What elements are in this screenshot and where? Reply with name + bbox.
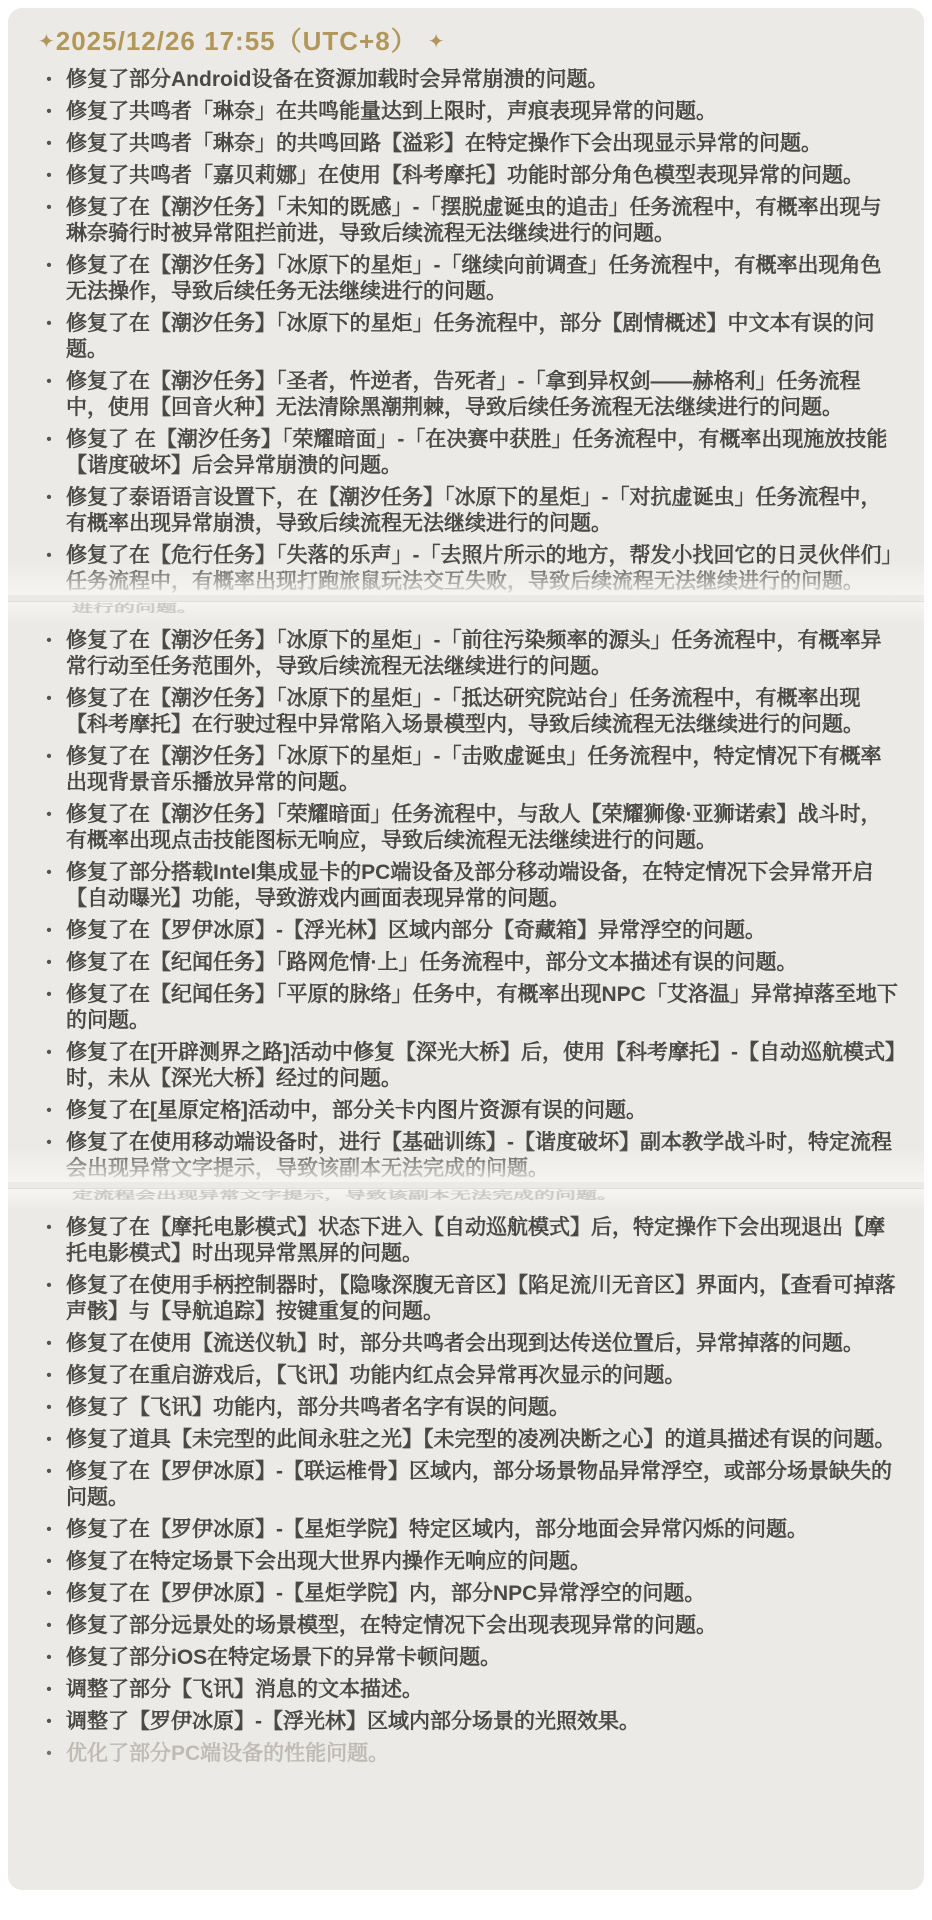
patch-note-text: 修复了在【摩托电影模式】状态下进入【自动巡航模式】后，特定操作下会出现退出【摩托… — [66, 1215, 902, 1267]
bullet-icon: • — [32, 1215, 66, 1241]
patch-note-text: 修复了在【罗伊冰原】-【星炬学院】内，部分NPC异常浮空的问题。 — [66, 1581, 902, 1607]
bullet-icon: • — [32, 1677, 66, 1703]
patch-note-item: •修复了在【摩托电影模式】状态下进入【自动巡航模式】后，特定操作下会出现退出【摩… — [32, 1215, 902, 1267]
patch-note-text: 修复了在使用移动端设备时，进行【基础训练】-【谐度破坏】副本教学战斗时，特定流程… — [66, 1130, 902, 1182]
patch-note-item: •修复了在【潮汐任务】「冰原下的星炬」任务流程中，部分【剧情概述】中文本有误的问… — [32, 311, 902, 363]
bullet-icon: • — [32, 485, 66, 511]
patch-date-header: ✦2025/12/26 17:55（UTC+8）✦ — [32, 18, 902, 67]
bullet-icon: • — [32, 1395, 66, 1421]
bullet-icon: • — [32, 1581, 66, 1607]
patch-note-text: 修复了共鸣者「琳奈」在共鸣能量达到上限时，声痕表现异常的问题。 — [66, 99, 902, 125]
bullet-icon: • — [32, 427, 66, 453]
bullet-icon: • — [32, 1130, 66, 1156]
bullet-icon: • — [32, 1741, 66, 1767]
patch-note-text: 修复了道具【未完型的此间永驻之光】【未完型的凌冽决断之心】的道具描述有误的问题。 — [66, 1427, 902, 1453]
patch-note-item: •调整了【罗伊冰原】-【浮光林】区域内部分场景的光照效果。 — [32, 1709, 902, 1735]
patch-note-item: •修复了 在【潮汐任务】「荣耀暗面」-「在决赛中获胜」任务流程中，有概率出现施放… — [32, 427, 902, 479]
sparkle-icon: ✦ — [38, 31, 56, 53]
patch-note-item: •修复了在使用【流送仪轨】时，部分共鸣者会出现到达传送位置后，异常掉落的问题。 — [32, 1331, 902, 1357]
patch-note-text: 修复了在使用手柄控制器时，【隐喙深腹无音区】【陷足流川无音区】界面内，【查看可掉… — [66, 1273, 902, 1325]
bullet-icon: • — [32, 99, 66, 125]
patch-note-item: •修复了在使用手柄控制器时，【隐喙深腹无音区】【陷足流川无音区】界面内，【查看可… — [32, 1273, 902, 1325]
patch-note-item: •修复了道具【未完型的此间永驻之光】【未完型的凌冽决断之心】的道具描述有误的问题… — [32, 1427, 902, 1453]
bullet-icon: • — [32, 543, 66, 569]
screenshot-stitch-seam: 定流程会出现异常文字提示，导致该副本无法完成的问题。 — [8, 1188, 924, 1211]
patch-note-text: 优化了部分PC端设备的性能问题。 — [66, 1741, 902, 1767]
patch-note-item: •修复了在【罗伊冰原】-【浮光林】区域内部分【奇藏箱】异常浮空的问题。 — [32, 918, 902, 944]
patch-note-item: •修复了在【潮汐任务】「冰原下的星炬」-「抵达研究院站台」任务流程中，有概率出现… — [32, 686, 902, 738]
bullet-icon: • — [32, 311, 66, 337]
patch-note-item: •修复了在【罗伊冰原】-【星炬学院】特定区域内，部分地面会异常闪烁的问题。 — [32, 1517, 902, 1543]
patch-note-text: 修复了在【潮汐任务】「冰原下的星炬」任务流程中，部分【剧情概述】中文本有误的问题… — [66, 311, 902, 363]
patch-note-item: •修复了在【潮汐任务】「圣者，忤逆者，告死者」-「拿到异权剑——赫格利」任务流程… — [32, 369, 902, 421]
patch-note-text: 修复了在【潮汐任务】「冰原下的星炬」-「前往污染频率的源头」任务流程中，有概率异… — [66, 628, 902, 680]
patch-note-item: •修复了在【潮汐任务】「未知的既感」-「摆脱虚诞虫的追击」任务流程中，有概率出现… — [32, 195, 902, 247]
patch-note-item: •修复了在特定场景下会出现大世界内操作无响应的问题。 — [32, 1549, 902, 1575]
patch-note-text: 修复了在特定场景下会出现大世界内操作无响应的问题。 — [66, 1549, 902, 1575]
bullet-icon: • — [32, 369, 66, 395]
patch-note-text: 修复了【飞讯】功能内，部分共鸣者名字有误的问题。 — [66, 1395, 902, 1421]
bullet-icon: • — [32, 918, 66, 944]
patch-notes-list: •修复了在【潮汐任务】「冰原下的星炬」-「前往污染频率的源头」任务流程中，有概率… — [32, 628, 902, 1182]
bullet-icon: • — [32, 253, 66, 279]
bullet-icon: • — [32, 628, 66, 654]
patch-note-text: 修复了在【纪闻任务】「路网危情·上」任务流程中，部分文本描述有误的问题。 — [66, 950, 902, 976]
patch-note-text: 修复了在【潮汐任务】「冰原下的星炬」-「抵达研究院站台」任务流程中，有概率出现【… — [66, 686, 902, 738]
patch-note-item: •修复了泰语语言设置下，在【潮汐任务】「冰原下的星炬」-「对抗虚诞虫」任务流程中… — [32, 485, 902, 537]
patch-notes-section-3: •修复了在【摩托电影模式】状态下进入【自动巡航模式】后，特定操作下会出现退出【摩… — [32, 1215, 902, 1767]
patch-note-item: •修复了部分远景处的场景模型，在特定情况下会出现表现异常的问题。 — [32, 1613, 902, 1639]
screenshot-stitch-seam: 进行的问题。 — [8, 601, 924, 624]
bullet-icon: • — [32, 1427, 66, 1453]
patch-note-item: •修复了在【罗伊冰原】-【联运椎骨】区域内，部分场景物品异常浮空，或部分场景缺失… — [32, 1459, 902, 1511]
bullet-icon: • — [32, 1517, 66, 1543]
patch-note-text: 修复了部分Android设备在资源加载时会异常崩溃的问题。 — [66, 67, 902, 93]
patch-note-item: •调整了部分【飞讯】消息的文本描述。 — [32, 1677, 902, 1703]
patch-note-item: •修复了在【纪闻任务】「平原的脉络」任务中，有概率出现NPC「艾洛温」异常掉落至… — [32, 982, 902, 1034]
ghost-text: 进行的问题。 — [8, 602, 924, 615]
bullet-icon: • — [32, 195, 66, 221]
bullet-icon: • — [32, 802, 66, 828]
patch-note-item: •修复了在[星原定格]活动中，部分关卡内图片资源有误的问题。 — [32, 1098, 902, 1124]
patch-note-text: 调整了部分【飞讯】消息的文本描述。 — [66, 1677, 902, 1703]
patch-note-item: •修复了在重启游戏后，【飞讯】功能内红点会异常再次显示的问题。 — [32, 1363, 902, 1389]
patch-note-item: •修复了在【潮汐任务】「冰原下的星炬」-「继续向前调查」任务流程中，有概率出现角… — [32, 253, 902, 305]
bullet-icon: • — [32, 1273, 66, 1299]
bullet-icon: • — [32, 1040, 66, 1066]
patch-note-item: •修复了【飞讯】功能内，部分共鸣者名字有误的问题。 — [32, 1395, 902, 1421]
patch-note-text: 调整了【罗伊冰原】-【浮光林】区域内部分场景的光照效果。 — [66, 1709, 902, 1735]
patch-note-text: 修复了在重启游戏后，【飞讯】功能内红点会异常再次显示的问题。 — [66, 1363, 902, 1389]
bullet-icon: • — [32, 1645, 66, 1671]
patch-note-item: •修复了在[开辟测界之路]活动中修复【深光大桥】后，使用【科考摩托】-【自动巡航… — [32, 1040, 902, 1092]
bullet-icon: • — [32, 1459, 66, 1485]
patch-note-item: •修复了部分搭载Intel集成显卡的PC端设备及部分移动端设备，在特定情况下会异… — [32, 860, 902, 912]
patch-note-text: 修复了在【罗伊冰原】-【星炬学院】特定区域内，部分地面会异常闪烁的问题。 — [66, 1517, 902, 1543]
patch-note-text: 修复了在【纪闻任务】「平原的脉络」任务中，有概率出现NPC「艾洛温」异常掉落至地… — [66, 982, 902, 1034]
patch-note-item: •修复了在【潮汐任务】「冰原下的星炬」-「击败虚诞虫」任务流程中，特定情况下有概… — [32, 744, 902, 796]
patch-note-item: •修复了在【潮汐任务】「荣耀暗面」任务流程中，与敌人【荣耀狮像·亚狮诺索】战斗时… — [32, 802, 902, 854]
patch-note-text: 修复了部分搭载Intel集成显卡的PC端设备及部分移动端设备，在特定情况下会异常… — [66, 860, 902, 912]
patch-notes-section-1: •修复了部分Android设备在资源加载时会异常崩溃的问题。•修复了共鸣者「琳奈… — [32, 67, 902, 595]
patch-note-text: 修复了在使用【流送仪轨】时，部分共鸣者会出现到达传送位置后，异常掉落的问题。 — [66, 1331, 902, 1357]
patch-note-text: 修复了在【潮汐任务】「冰原下的星炬」-「击败虚诞虫」任务流程中，特定情况下有概率… — [66, 744, 902, 796]
bullet-icon: • — [32, 131, 66, 157]
patch-note-text: 修复了在【罗伊冰原】-【联运椎骨】区域内，部分场景物品异常浮空，或部分场景缺失的… — [66, 1459, 902, 1511]
bullet-icon: • — [32, 67, 66, 93]
bullet-icon: • — [32, 1098, 66, 1124]
patch-note-text: 修复了在【潮汐任务】「圣者，忤逆者，告死者」-「拿到异权剑——赫格利」任务流程中… — [66, 369, 902, 421]
patch-note-text: 修复了共鸣者「嘉贝莉娜」在使用【科考摩托】功能时部分角色模型表现异常的问题。 — [66, 163, 902, 189]
patch-note-item: •优化了部分PC端设备的性能问题。 — [32, 1741, 902, 1767]
patch-note-text: 修复了在【潮汐任务】「荣耀暗面」任务流程中，与敌人【荣耀狮像·亚狮诺索】战斗时，… — [66, 802, 902, 854]
ghost-text: 定流程会出现异常文字提示，导致该副本无法完成的问题。 — [8, 1189, 924, 1202]
patch-note-text: 修复了在【潮汐任务】「未知的既感」-「摆脱虚诞虫的追击」任务流程中，有概率出现与… — [66, 195, 902, 247]
patch-note-text: 修复了 在【潮汐任务】「荣耀暗面」-「在决赛中获胜」任务流程中，有概率出现施放技… — [66, 427, 902, 479]
bullet-icon: • — [32, 744, 66, 770]
bullet-icon: • — [32, 1331, 66, 1357]
patch-note-item: •修复了共鸣者「嘉贝莉娜」在使用【科考摩托】功能时部分角色模型表现异常的问题。 — [32, 163, 902, 189]
bullet-icon: • — [32, 860, 66, 886]
sparkle-icon: ✦ — [428, 31, 446, 53]
bullet-icon: • — [32, 1613, 66, 1639]
bullet-icon: • — [32, 1549, 66, 1575]
patch-note-text: 修复了在【危行任务】「失落的乐声」-「去照片所示的地方，帮发小找回它的日灵伙伴们… — [66, 543, 902, 595]
bullet-icon: • — [32, 163, 66, 189]
patch-note-item: •修复了共鸣者「琳奈」在共鸣能量达到上限时，声痕表现异常的问题。 — [32, 99, 902, 125]
bullet-icon: • — [32, 1363, 66, 1389]
patch-note-item: •修复了部分iOS在特定场景下的异常卡顿问题。 — [32, 1645, 902, 1671]
patch-date-text: 2025/12/26 17:55（UTC+8） — [56, 26, 418, 56]
bullet-icon: • — [32, 982, 66, 1008]
patch-note-text: 修复了部分远景处的场景模型，在特定情况下会出现表现异常的问题。 — [66, 1613, 902, 1639]
patch-note-item: •修复了在【危行任务】「失落的乐声」-「去照片所示的地方，帮发小找回它的日灵伙伴… — [32, 543, 902, 595]
bullet-icon: • — [32, 1709, 66, 1735]
patch-note-item: •修复了在【罗伊冰原】-【星炬学院】内，部分NPC异常浮空的问题。 — [32, 1581, 902, 1607]
patch-note-text: 修复了在[开辟测界之路]活动中修复【深光大桥】后，使用【科考摩托】-【自动巡航模… — [66, 1040, 902, 1092]
patch-note-text: 修复了共鸣者「琳奈」的共鸣回路【溢彩】在特定操作下会出现显示异常的问题。 — [66, 131, 902, 157]
patch-note-text: 修复了在[星原定格]活动中，部分关卡内图片资源有误的问题。 — [66, 1098, 902, 1124]
patch-note-item: •修复了在【纪闻任务】「路网危情·上」任务流程中，部分文本描述有误的问题。 — [32, 950, 902, 976]
bullet-icon: • — [32, 686, 66, 712]
patch-note-item: •修复了共鸣者「琳奈」的共鸣回路【溢彩】在特定操作下会出现显示异常的问题。 — [32, 131, 902, 157]
patch-note-text: 修复了部分iOS在特定场景下的异常卡顿问题。 — [66, 1645, 902, 1671]
bullet-icon: • — [32, 950, 66, 976]
patch-notes-section-2: •修复了在【潮汐任务】「冰原下的星炬」-「前往污染频率的源头」任务流程中，有概率… — [32, 628, 902, 1182]
patch-notes-card: ✦2025/12/26 17:55（UTC+8）✦ •修复了部分Android设… — [8, 8, 924, 1890]
patch-notes-list: •修复了部分Android设备在资源加载时会异常崩溃的问题。•修复了共鸣者「琳奈… — [32, 67, 902, 595]
patch-note-text: 修复了在【罗伊冰原】-【浮光林】区域内部分【奇藏箱】异常浮空的问题。 — [66, 918, 902, 944]
patch-note-text: 修复了在【潮汐任务】「冰原下的星炬」-「继续向前调查」任务流程中，有概率出现角色… — [66, 253, 902, 305]
patch-note-item: •修复了在【潮汐任务】「冰原下的星炬」-「前往污染频率的源头」任务流程中，有概率… — [32, 628, 902, 680]
patch-note-item: •修复了在使用移动端设备时，进行【基础训练】-【谐度破坏】副本教学战斗时，特定流… — [32, 1130, 902, 1182]
patch-notes-list: •修复了在【摩托电影模式】状态下进入【自动巡航模式】后，特定操作下会出现退出【摩… — [32, 1215, 902, 1767]
patch-note-item: •修复了部分Android设备在资源加载时会异常崩溃的问题。 — [32, 67, 902, 93]
patch-note-text: 修复了泰语语言设置下，在【潮汐任务】「冰原下的星炬」-「对抗虚诞虫」任务流程中，… — [66, 485, 902, 537]
